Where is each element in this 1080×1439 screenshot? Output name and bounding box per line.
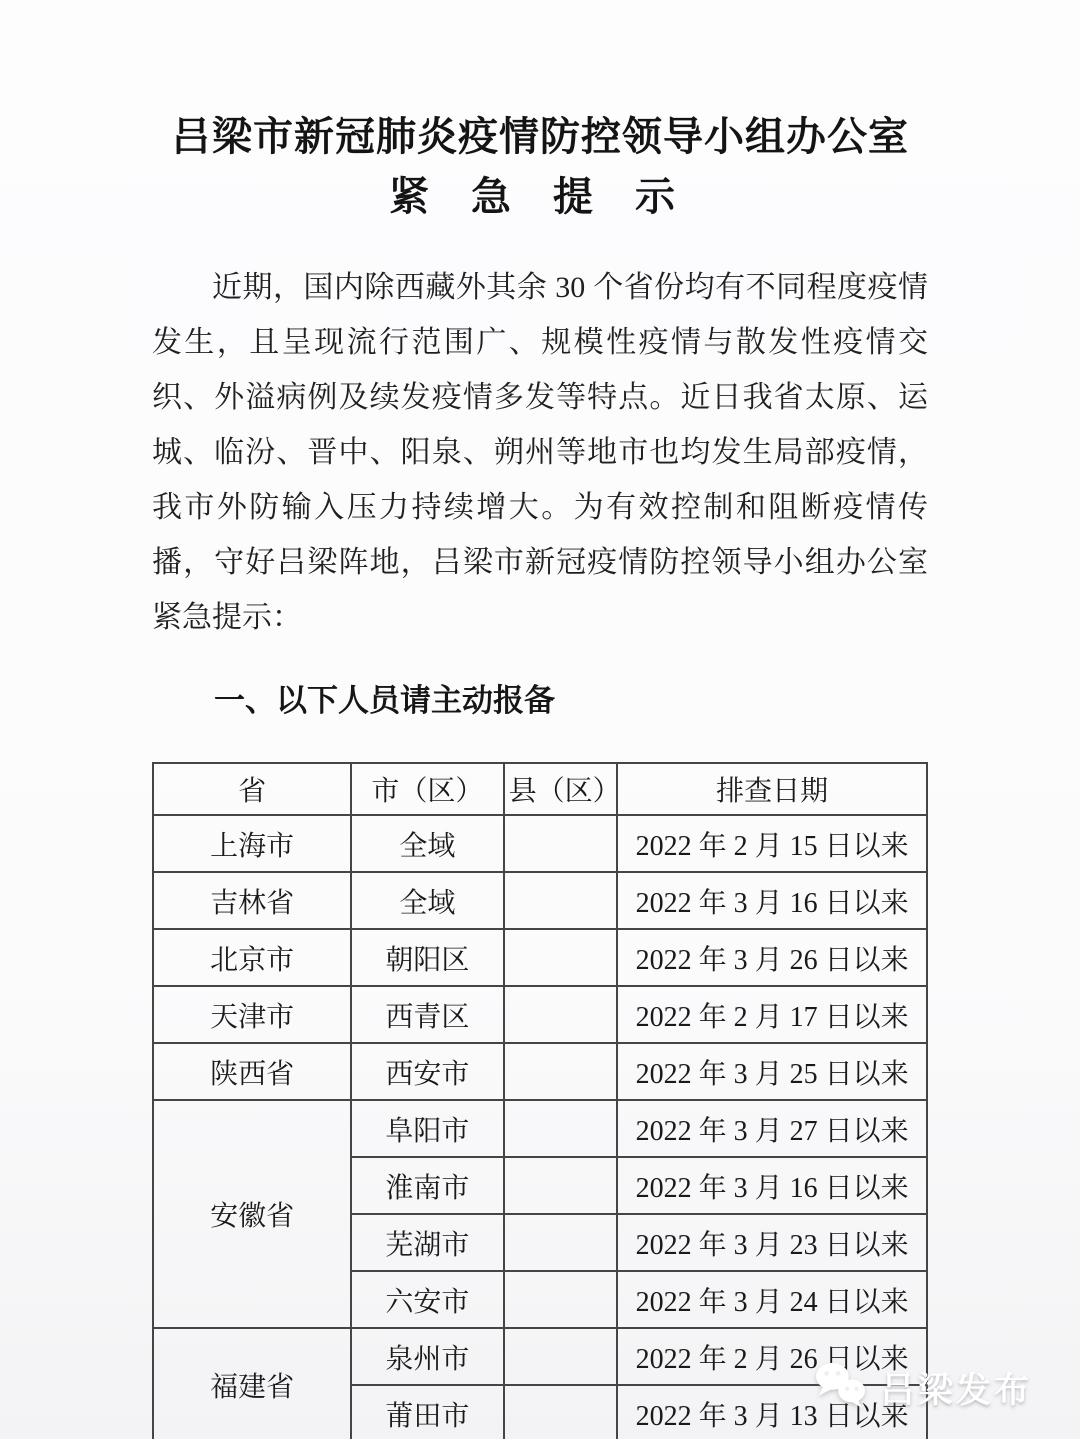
cell-city: 朝阳区 bbox=[351, 929, 503, 986]
table-row: 福建省 泉州市 2022 年 2 月 26 日以来 bbox=[153, 1328, 927, 1385]
cell-date: 2022 年 3 月 23 日以来 bbox=[617, 1214, 927, 1271]
cell-province: 天津市 bbox=[153, 986, 351, 1043]
cell-province: 陕西省 bbox=[153, 1043, 351, 1100]
publisher-watermark: 吕梁发布 bbox=[812, 1360, 1032, 1415]
cell-province-merged: 福建省 bbox=[153, 1328, 351, 1439]
table-header-row: 省 市（区） 县（区） 排查日期 bbox=[153, 763, 927, 815]
cell-county bbox=[504, 1385, 618, 1439]
cell-city: 全域 bbox=[351, 872, 503, 929]
cell-city: 泉州市 bbox=[351, 1328, 503, 1385]
header-city: 市（区） bbox=[351, 763, 503, 815]
document-title: 吕梁市新冠肺炎疫情防控领导小组办公室 紧 急 提 示 bbox=[152, 112, 928, 222]
cell-province: 北京市 bbox=[153, 929, 351, 986]
cell-date: 2022 年 2 月 17 日以来 bbox=[617, 986, 927, 1043]
cell-province: 上海市 bbox=[153, 815, 351, 872]
cell-date: 2022 年 2 月 15 日以来 bbox=[617, 815, 927, 872]
header-province: 省 bbox=[153, 763, 351, 815]
cell-county bbox=[504, 1100, 618, 1157]
title-line-2: 紧 急 提 示 bbox=[152, 172, 928, 222]
wechat-icon bbox=[812, 1360, 870, 1415]
cell-city: 阜阳市 bbox=[351, 1100, 503, 1157]
watermark-label: 吕梁发布 bbox=[880, 1363, 1032, 1413]
cell-city: 六安市 bbox=[351, 1271, 503, 1328]
document-body: 吕梁市新冠肺炎疫情防控领导小组办公室 紧 急 提 示 近期，国内除西藏外其余 3… bbox=[0, 0, 1080, 1439]
cell-county bbox=[504, 872, 618, 929]
header-date: 排查日期 bbox=[617, 763, 927, 815]
cell-county bbox=[504, 929, 618, 986]
cell-city: 莆田市 bbox=[351, 1385, 503, 1439]
cell-date: 2022 年 3 月 24 日以来 bbox=[617, 1271, 927, 1328]
table-row: 安徽省 阜阳市 2022 年 3 月 27 日以来 bbox=[153, 1100, 927, 1157]
table-row: 吉林省 全域 2022 年 3 月 16 日以来 bbox=[153, 872, 927, 929]
cell-city: 西安市 bbox=[351, 1043, 503, 1100]
cell-county bbox=[504, 1157, 618, 1214]
intro-paragraph: 近期，国内除西藏外其余 30 个省份均有不同程度疫情发生，且呈现流行范围广、规模… bbox=[152, 260, 928, 645]
title-line-1: 吕梁市新冠肺炎疫情防控领导小组办公室 bbox=[152, 112, 928, 162]
cell-county bbox=[504, 1271, 618, 1328]
cell-date: 2022 年 3 月 27 日以来 bbox=[617, 1100, 927, 1157]
section-heading: 一、以下人员请主动报备 bbox=[152, 675, 928, 720]
cell-city: 淮南市 bbox=[351, 1157, 503, 1214]
cell-county bbox=[504, 986, 618, 1043]
cell-city: 全域 bbox=[351, 815, 503, 872]
table-row: 上海市 全域 2022 年 2 月 15 日以来 bbox=[153, 815, 927, 872]
cell-province-merged: 安徽省 bbox=[153, 1100, 351, 1328]
table-row: 北京市 朝阳区 2022 年 3 月 26 日以来 bbox=[153, 929, 927, 986]
screening-table: 省 市（区） 县（区） 排查日期 上海市 全域 2022 年 2 月 15 日以… bbox=[152, 762, 928, 1439]
header-county: 县（区） bbox=[504, 763, 618, 815]
cell-date: 2022 年 3 月 25 日以来 bbox=[617, 1043, 927, 1100]
cell-county bbox=[504, 1328, 618, 1385]
cell-date: 2022 年 3 月 26 日以来 bbox=[617, 929, 927, 986]
table-row: 天津市 西青区 2022 年 2 月 17 日以来 bbox=[153, 986, 927, 1043]
cell-county bbox=[504, 1043, 618, 1100]
document-page: 吕梁市新冠肺炎疫情防控领导小组办公室 紧 急 提 示 近期，国内除西藏外其余 3… bbox=[0, 0, 1080, 1439]
table-row: 陕西省 西安市 2022 年 3 月 25 日以来 bbox=[153, 1043, 927, 1100]
cell-date: 2022 年 3 月 16 日以来 bbox=[617, 872, 927, 929]
cell-city: 芜湖市 bbox=[351, 1214, 503, 1271]
cell-date: 2022 年 3 月 16 日以来 bbox=[617, 1157, 927, 1214]
cell-province: 吉林省 bbox=[153, 872, 351, 929]
cell-city: 西青区 bbox=[351, 986, 503, 1043]
cell-county bbox=[504, 815, 618, 872]
cell-county bbox=[504, 1214, 618, 1271]
